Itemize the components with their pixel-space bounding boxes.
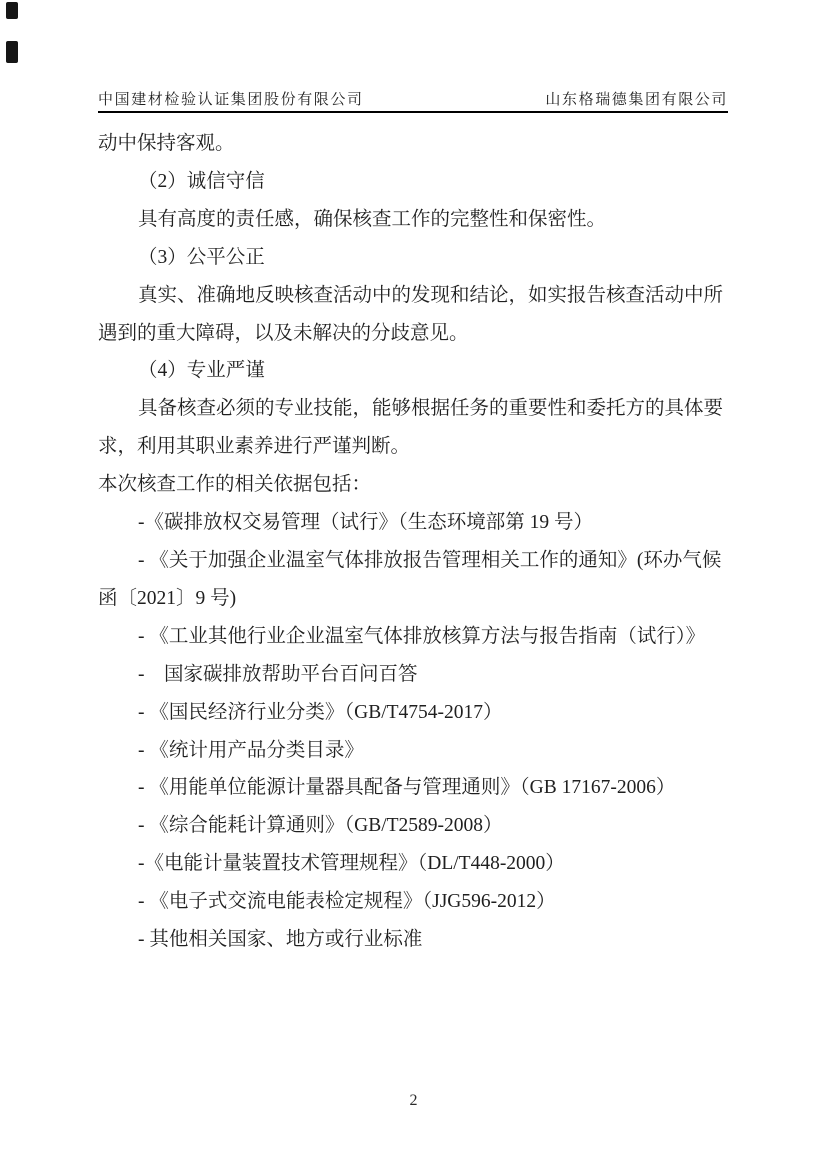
reference-list-item: - 《电子式交流电能表检定规程》（JJG596-2012） (98, 883, 730, 921)
reference-list-item: - 其他相关国家、地方或行业标准 (98, 921, 730, 959)
document-body: 动中保持客观。 （2）诚信守信 具有高度的责任感，确保核查工作的完整性和保密性。… (98, 125, 730, 959)
reference-list-item: - 《国民经济行业分类》（GB/T4754-2017） (98, 694, 730, 732)
body-line: 遇到的重大障碍，以及未解决的分歧意见。 (98, 315, 730, 353)
page-number: 2 (0, 1092, 827, 1110)
body-line: （2）诚信守信 (98, 163, 730, 201)
body-line: （3）公平公正 (98, 239, 730, 277)
body-line: 本次核查工作的相关依据包括： (98, 466, 730, 504)
body-line: 求，利用其职业素养进行严谨判断。 (98, 428, 730, 466)
reference-list-item: - 《综合能耗计算通则》（GB/T2589-2008） (98, 807, 730, 845)
reference-list-item: - 《工业其他行业企业温室气体排放核算方法与报告指南（试行）》 (98, 618, 730, 656)
body-line: 具有高度的责任感，确保核查工作的完整性和保密性。 (98, 201, 730, 239)
scan-artifact-mark-bottom (6, 41, 18, 63)
reference-list-item: -《碳排放权交易管理（试行》（生态环境部第 19 号） (98, 504, 730, 542)
body-line: （4）专业严谨 (98, 352, 730, 390)
header-right-company: 山东格瑞德集团有限公司 (545, 88, 728, 109)
reference-list-item: -《电能计量装置技术管理规程》（DL/T448-2000） (98, 845, 730, 883)
body-line: 真实、准确地反映核查活动中的发现和结论，如实报告核查活动中所 (98, 277, 730, 315)
reference-list-item: - 《关于加强企业温室气体排放报告管理相关工作的通知》(环办气候 (98, 542, 730, 580)
body-line: 动中保持客观。 (98, 125, 730, 163)
reference-list-item: 函〔2021〕9 号) (98, 580, 730, 618)
scan-artifact-mark-top (6, 2, 18, 19)
header-rule (98, 111, 728, 113)
page-header: 中国建材检验认证集团股份有限公司 山东格瑞德集团有限公司 (98, 88, 728, 109)
header-left-company: 中国建材检验认证集团股份有限公司 (98, 88, 364, 109)
document-page: 中国建材检验认证集团股份有限公司 山东格瑞德集团有限公司 动中保持客观。 （2）… (0, 0, 827, 1169)
reference-list-item: - 国家碳排放帮助平台百问百答 (98, 656, 730, 694)
reference-list-item: - 《统计用产品分类目录》 (98, 732, 730, 770)
body-line: 具备核查必须的专业技能，能够根据任务的重要性和委托方的具体要 (98, 390, 730, 428)
reference-list-item: - 《用能单位能源计量器具配备与管理通则》（GB 17167-2006） (98, 769, 730, 807)
